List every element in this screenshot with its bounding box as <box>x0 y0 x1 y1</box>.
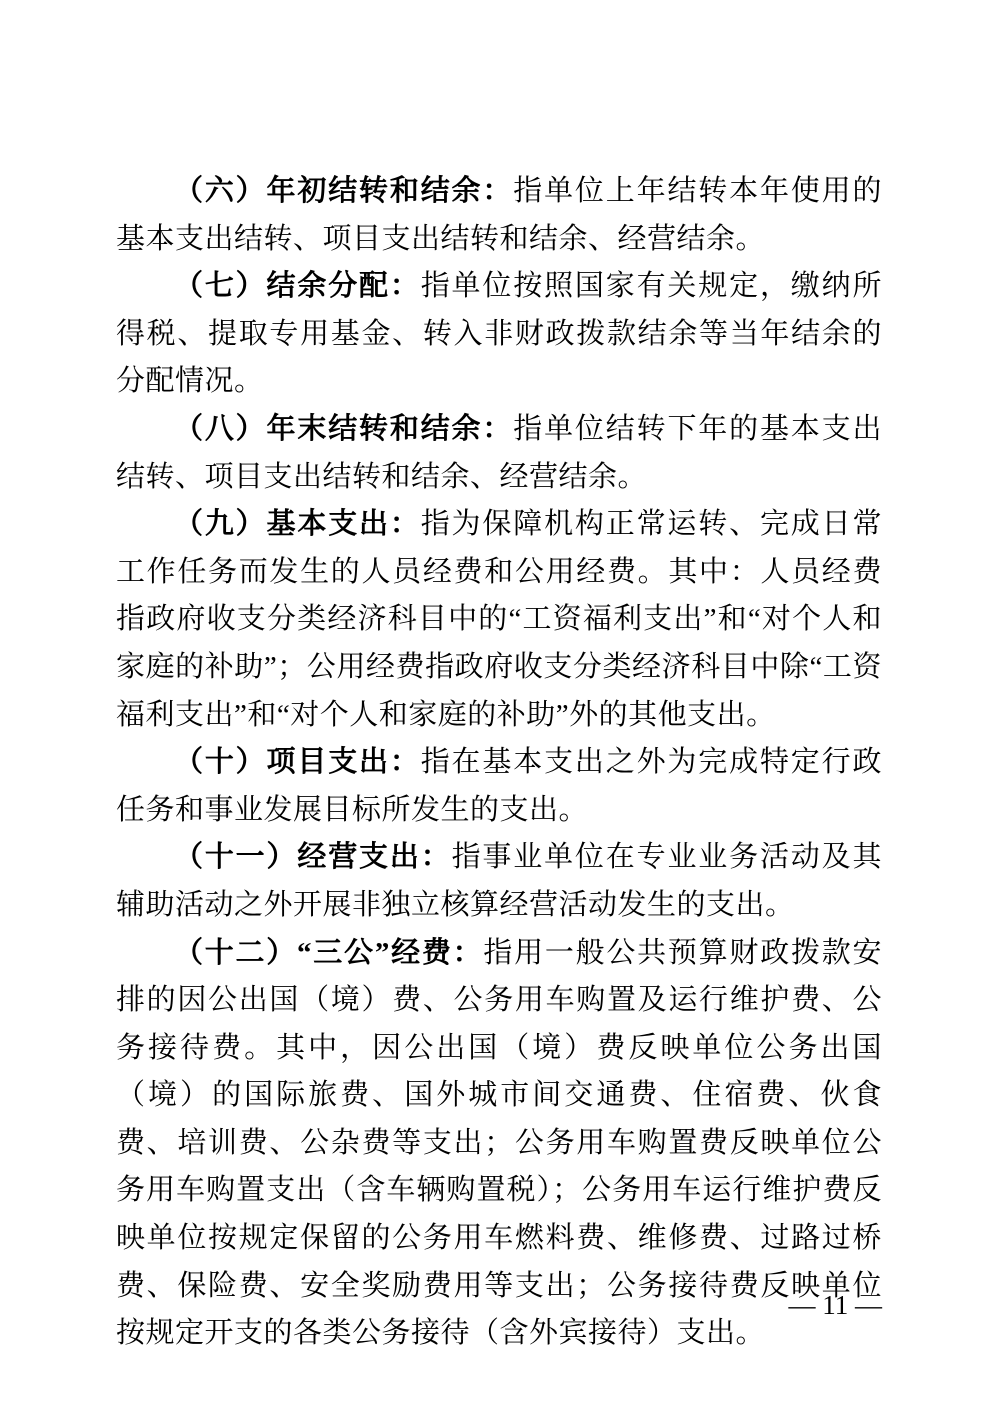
term-label: （八）年末结转和结余： <box>174 413 513 445</box>
term-definition: 指用一般公共预算财政拨款安排的因公出国（境）费、公务用车购置及运行维护费、公务接… <box>116 937 882 1350</box>
term-label: （九）基本支出： <box>174 508 421 540</box>
page-number: — 11 — <box>789 1290 883 1320</box>
definition-paragraph-9: （九）基本支出：指为保障机构正常运转、完成日常工作任务而发生的人员经费和公用经费… <box>116 501 882 739</box>
term-label: （六）年初结转和结余： <box>174 175 513 207</box>
definition-paragraph-12: （十二）“三公”经费：指用一般公共预算财政拨款安排的因公出国（境）费、公务用车购… <box>116 930 882 1358</box>
term-label: （十二）“三公”经费： <box>174 937 483 969</box>
definition-paragraph-6: （六）年初结转和结余：指单位上年结转本年使用的基本支出结转、项目支出结转和结余、… <box>116 168 882 263</box>
document-page: （六）年初结转和结余：指单位上年结转本年使用的基本支出结转、项目支出结转和结余、… <box>0 0 1000 1414</box>
definition-paragraph-8: （八）年末结转和结余：指单位结转下年的基本支出结转、项目支出结转和结余、经营结余… <box>116 406 882 501</box>
document-body: （六）年初结转和结余：指单位上年结转本年使用的基本支出结转、项目支出结转和结余、… <box>116 168 882 1358</box>
term-definition: 指为保障机构正常运转、完成日常工作任务而发生的人员经费和公用经费。其中：人员经费… <box>116 508 882 730</box>
definition-paragraph-11: （十一）经营支出：指事业单位在专业业务活动及其辅助活动之外开展非独立核算经营活动… <box>116 834 882 929</box>
term-label: （十一）经营支出： <box>174 841 452 873</box>
definition-paragraph-7: （七）结余分配：指单位按照国家有关规定，缴纳所得税、提取专用基金、转入非财政拨款… <box>116 263 882 406</box>
definition-paragraph-10: （十）项目支出：指在基本支出之外为完成特定行政任务和事业发展目标所发生的支出。 <box>116 739 882 834</box>
term-label: （十）项目支出： <box>174 746 421 778</box>
term-label: （七）结余分配： <box>174 270 421 302</box>
